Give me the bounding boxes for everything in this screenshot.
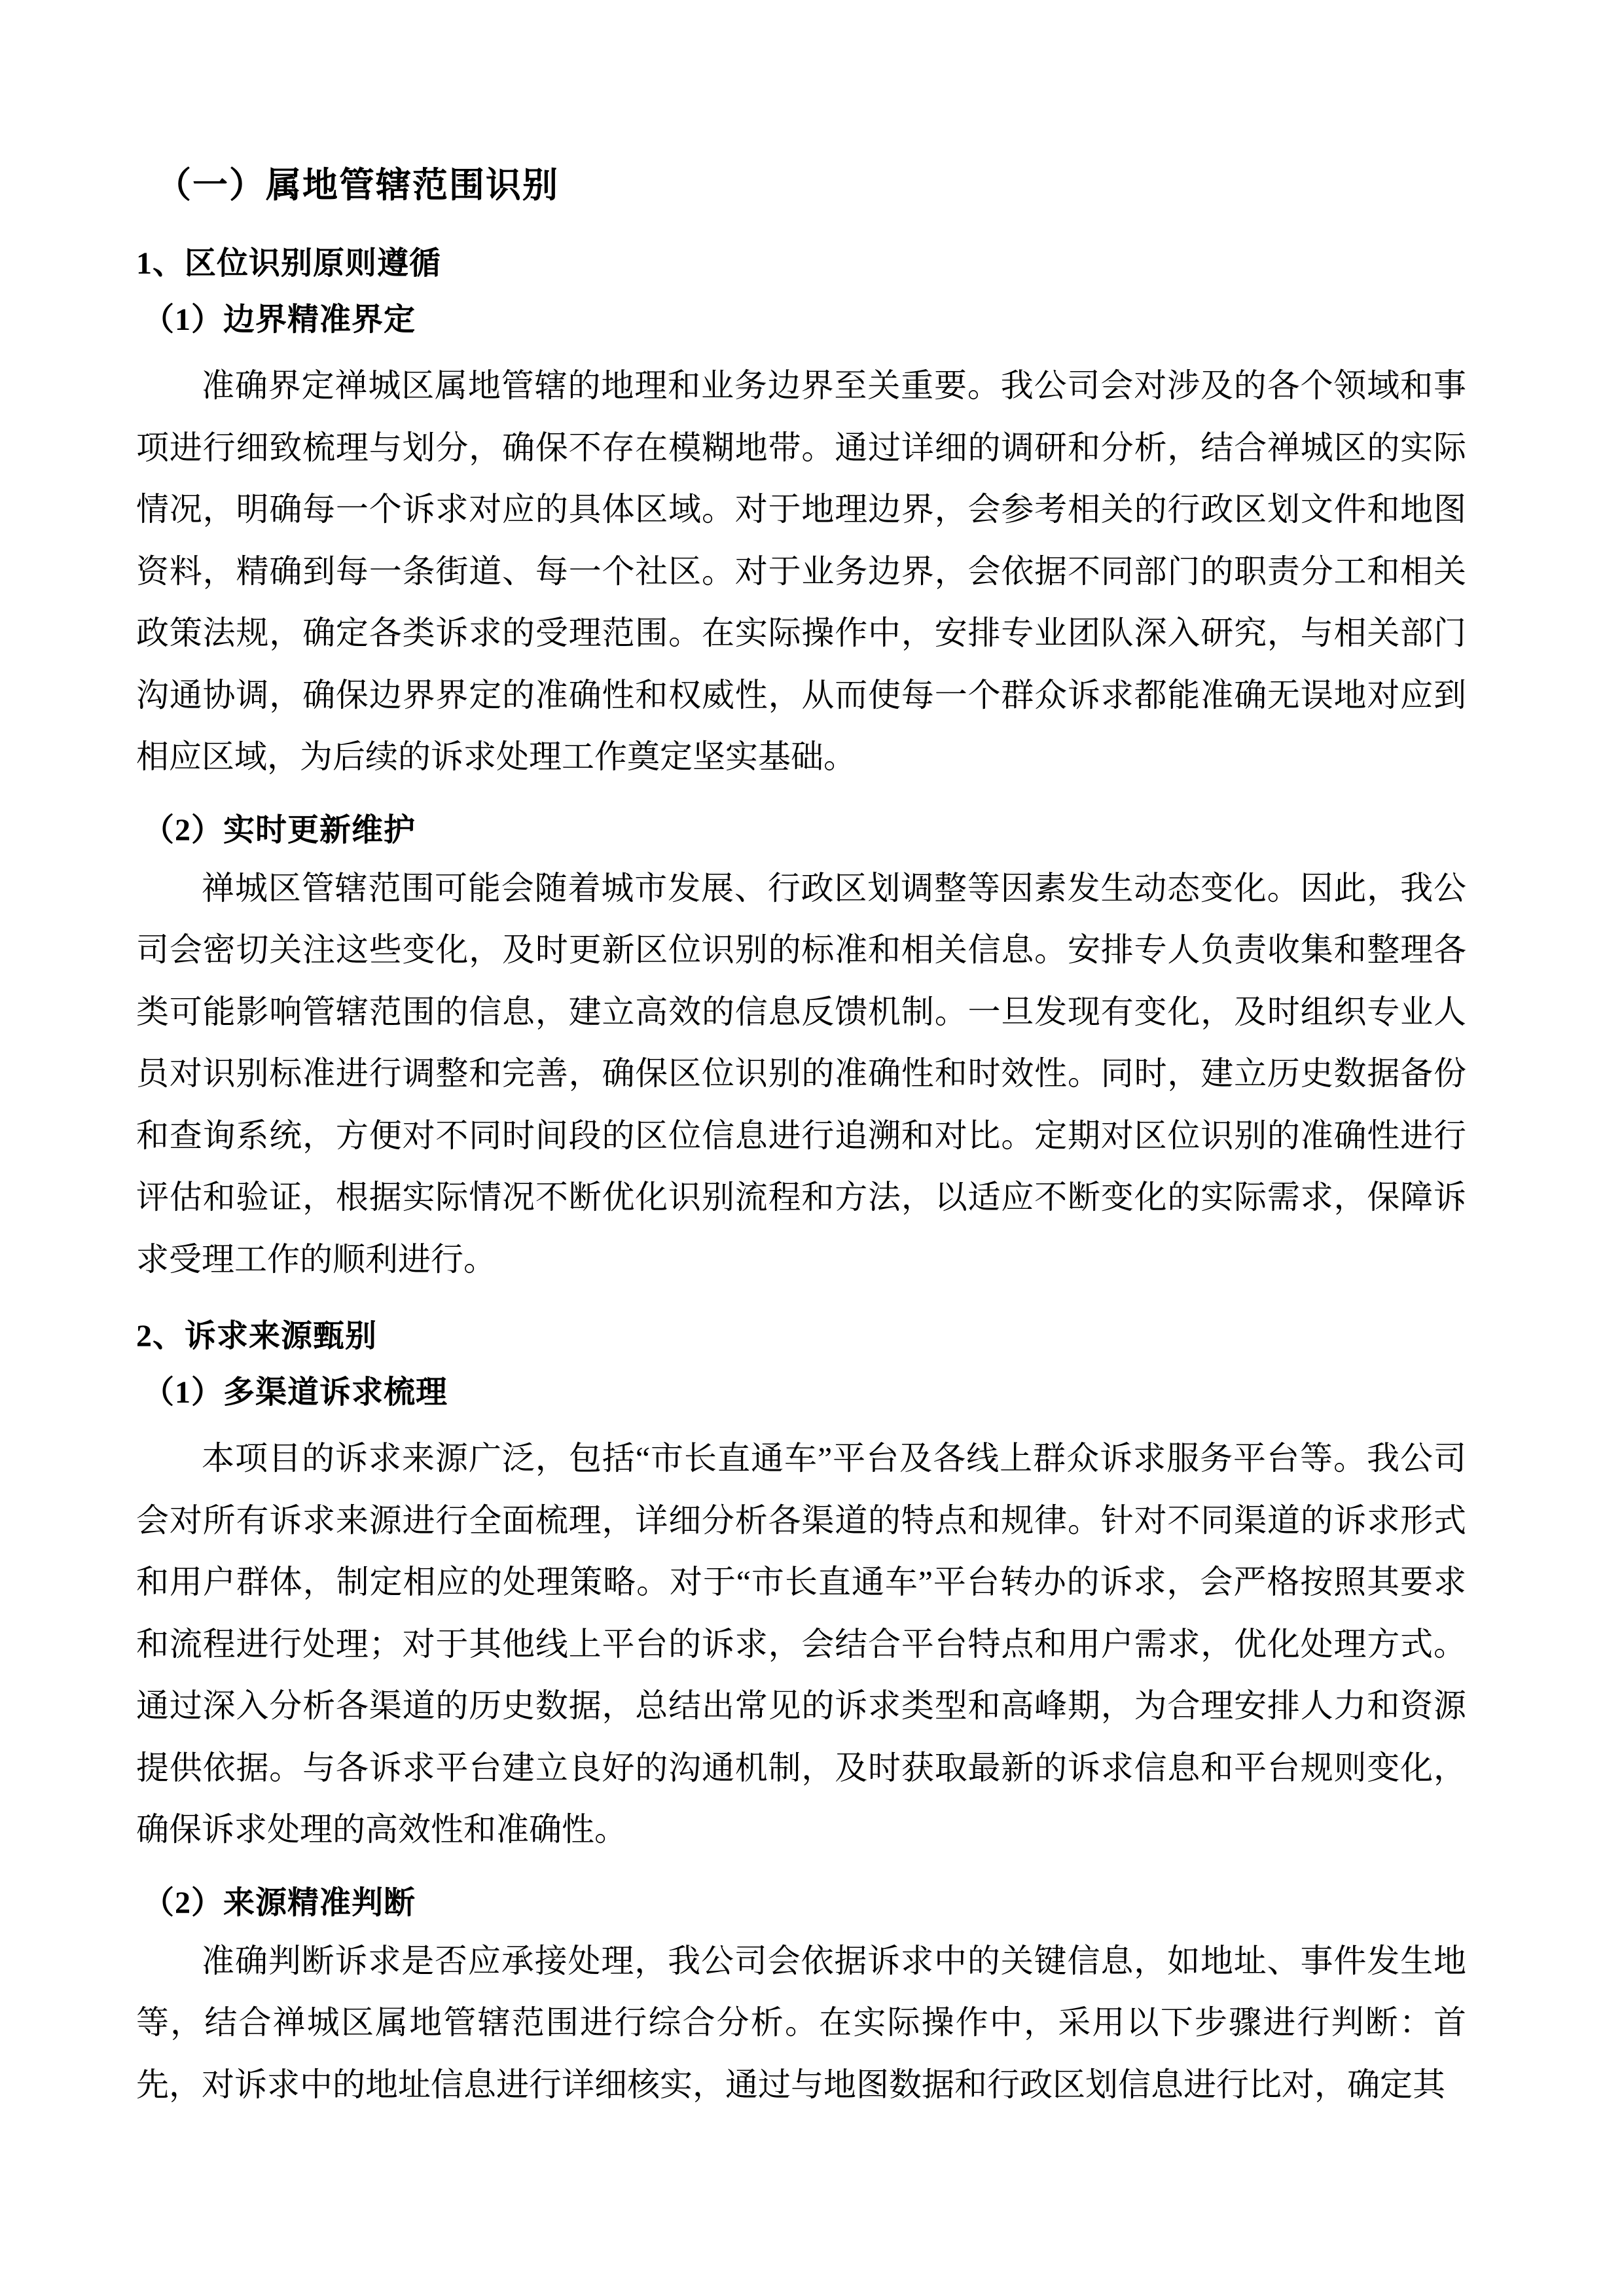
paragraph-1-2: 禅城区管辖范围可能会随着城市发展、行政区划调整等因素发生动态变化。因此，我公司会… [136, 857, 1466, 1291]
heading-1: 1、区位识别原则遵循 [136, 243, 1466, 284]
section-title: （一）属地管辖范围识别 [156, 162, 1466, 208]
document-page: （一）属地管辖范围识别 1、区位识别原则遵循 （1）边界精准界定 准确界定禅城区… [0, 0, 1624, 2296]
subheading-1-2: （2）实时更新维护 [143, 810, 1466, 851]
paragraph-2-2: 准确判断诉求是否应承接处理，我公司会依据诉求中的关键信息，如地址、事件发生地等，… [136, 1930, 1466, 2116]
subheading-2-1: （1）多渠道诉求梳理 [143, 1372, 1466, 1413]
subheading-2-2: （2）来源精准判断 [143, 1883, 1466, 1924]
heading-2: 2、诉求来源甄别 [136, 1316, 1466, 1357]
subsection-2-1: （1）多渠道诉求梳理 本项目的诉求来源广泛，包括“市长直通车”平台及各线上群众诉… [136, 1372, 1466, 1861]
paragraph-2-1: 本项目的诉求来源广泛，包括“市长直通车”平台及各线上群众诉求服务平台等。我公司会… [136, 1427, 1466, 1861]
section-2: 2、诉求来源甄别 （1）多渠道诉求梳理 本项目的诉求来源广泛，包括“市长直通车”… [136, 1316, 1466, 2115]
subsection-1-1: （1）边界精准界定 准确界定禅城区属地管辖的地理和业务边界至关重要。我公司会对涉… [136, 300, 1466, 788]
section-1: 1、区位识别原则遵循 （1）边界精准界定 准确界定禅城区属地管辖的地理和业务边界… [136, 243, 1466, 1290]
subsection-1-2: （2）实时更新维护 禅城区管辖范围可能会随着城市发展、行政区划调整等因素发生动态… [136, 810, 1466, 1291]
subsection-2-2: （2）来源精准判断 准确判断诉求是否应承接处理，我公司会依据诉求中的关键信息，如… [136, 1883, 1466, 2116]
paragraph-1-1: 准确界定禅城区属地管辖的地理和业务边界至关重要。我公司会对涉及的各个领域和事项进… [136, 355, 1466, 788]
subheading-1-1: （1）边界精准界定 [143, 300, 1466, 340]
